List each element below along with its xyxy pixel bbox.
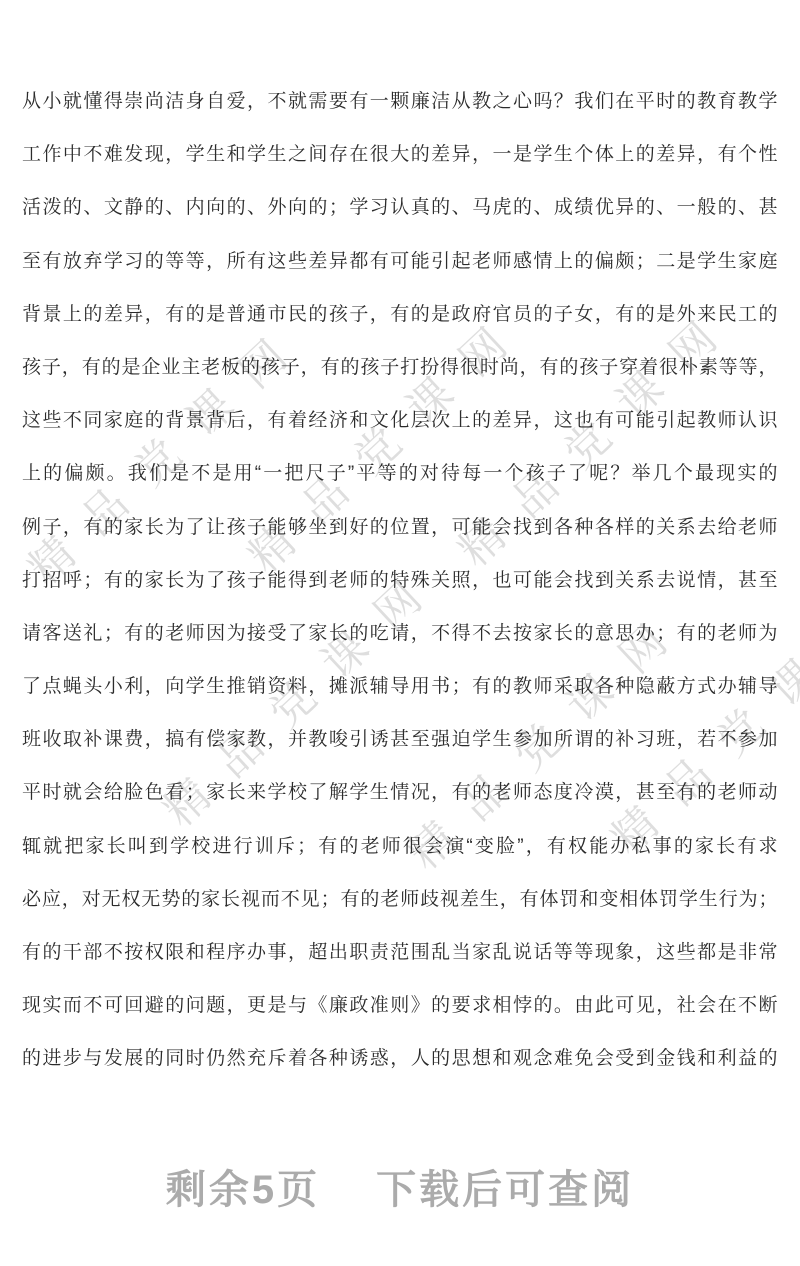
document-page: 精品党课网精品党课网精品党课网精品党课网精品党课网精品党课网 从小就懂得崇尚洁身… (0, 0, 800, 1266)
text-line: 了点蝇头小利，向学生推销资料，摊派辅导用书；有的教师采取各种隐蔽方式办辅导 (22, 660, 778, 713)
footer-notice: 剩余5页下载后可查阅 (0, 1158, 800, 1215)
text-line: 背景上的差异，有的是普通市民的孩子，有的是政府官员的子女，有的是外来民工的 (22, 288, 778, 341)
text-line: 打招呼；有的家长为了孩子能得到老师的特殊关照，也可能会找到关系去说情，甚至 (22, 554, 778, 607)
text-line: 请客送礼；有的老师因为接受了家长的吃请，不得不去按家长的意思办；有的老师为 (22, 607, 778, 660)
text-line: 活泼的、文静的、内向的、外向的；学习认真的、马虎的、成绩优异的、一般的、甚 (22, 181, 778, 234)
text-line: 例子，有的家长为了让孩子能够坐到好的位置，可能会找到各种各样的关系去给老师 (22, 501, 778, 554)
text-line: 的进步与发展的同时仍然充斥着各种诱惑，人的思想和观念难免会受到金钱和利益的 (22, 1032, 778, 1085)
text-line: 工作中不难发现，学生和学生之间存在很大的差异，一是学生个体上的差异，有个性 (22, 128, 778, 181)
text-line: 这些不同家庭的背景背后，有着经济和文化层次上的差异，这也有可能引起教师认识 (22, 394, 778, 447)
text-line: 孩子，有的是企业主老板的孩子，有的孩子打扮得很时尚，有的孩子穿着很朴素等等， (22, 341, 778, 394)
text-line: 必应，对无权无势的家长视而不见；有的老师歧视差生，有体罚和变相体罚学生行为； (22, 873, 778, 926)
text-line: 平时就会给脸色看；家长来学校了解学生情况，有的老师态度冷漠，甚至有的老师动 (22, 766, 778, 819)
download-hint-label: 下载后可查阅 (376, 1168, 634, 1212)
text-line: 辄就把家长叫到学校进行训斥；有的老师很会演“变脸”，有权能办私事的家长有求 (22, 820, 778, 873)
document-text: 从小就懂得崇尚洁身自爱，不就需要有一颗廉洁从教之心吗？我们在平时的教育教学工作中… (22, 75, 778, 1086)
text-line: 现实而不可回避的问题，更是与《廉政准则》的要求相悖的。由此可见，社会在不断 (22, 979, 778, 1032)
text-line: 从小就懂得崇尚洁身自爱，不就需要有一颗廉洁从教之心吗？我们在平时的教育教学 (22, 75, 778, 128)
text-line: 上的偏颇。我们是不是用“一把尺子”平等的对待每一个孩子了呢？举几个最现实的 (22, 447, 778, 500)
text-line: 班收取补课费，搞有偿家教，并教唆引诱甚至强迫学生参加所谓的补习班，若不参加 (22, 713, 778, 766)
text-line: 有的干部不按权限和程序办事，超出职责范围乱当家乱说话等等现象，这些都是非常 (22, 926, 778, 979)
text-line: 至有放弃学习的等等，所有这些差异都有可能引起老师感情上的偏颇；二是学生家庭 (22, 235, 778, 288)
remaining-pages-label: 剩余5页 (166, 1168, 320, 1212)
